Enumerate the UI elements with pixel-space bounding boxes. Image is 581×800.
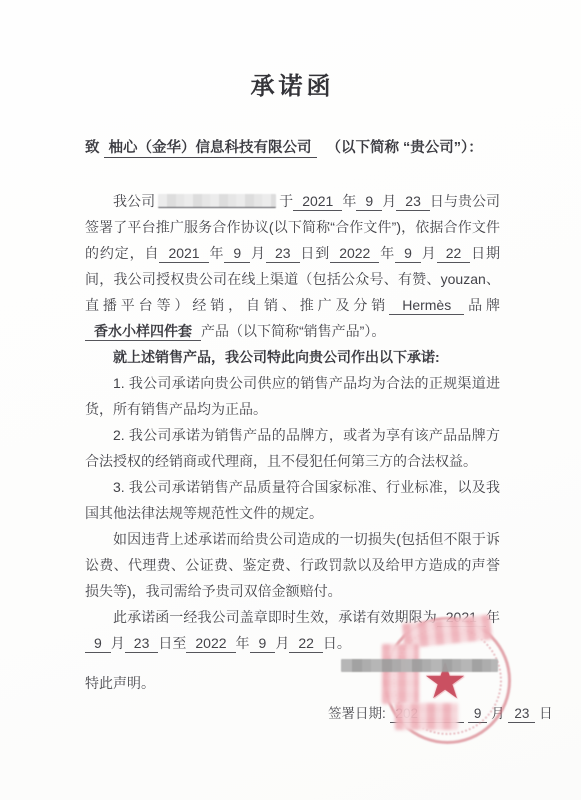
document-page: 承诺函 致柚心（金华）信息科技有限公司（以下简称 “贵公司”）： 我公司于202… [0, 0, 581, 800]
fill-in-value: 2021 [293, 193, 342, 211]
text-segment: 年 [342, 193, 356, 209]
text-segment: 日至 [158, 635, 186, 651]
signature-year-value: 202 [396, 706, 419, 721]
text-segment: 3. 我公司承诺销售产品质量符合国家标准、行业标准，以及我国其他法律法规等规范性… [85, 479, 500, 521]
text-segment: 日到 [300, 245, 331, 261]
text-segment: 月 [382, 193, 396, 209]
text-segment: 品牌 [464, 297, 500, 313]
redacted-company-name [158, 194, 276, 208]
fill-in-value: 22 [289, 635, 323, 653]
signature-year-fill: 202 [390, 706, 465, 723]
paragraph-declaration: 特此声明。 [85, 670, 500, 696]
text-segment: 2. 我公司承诺为销售产品的品牌方，或者为享有该产品品牌方合法授权的经销商或代理… [85, 427, 500, 469]
text-segment: 我公司 [113, 193, 155, 209]
text-segment: 1. 我公司承诺向贵公司供应的销售产品均为合法的正规渠道进货，所有销售产品均为正… [85, 375, 500, 417]
text-segment: 年 [379, 245, 395, 261]
redacted-date-text [421, 708, 455, 720]
fill-in-value: 23 [266, 245, 300, 263]
paragraph-item-3: 3. 我公司承诺销售产品质量符合国家标准、行业标准，以及我国其他法律法规等规范性… [85, 474, 500, 526]
paragraph-validity: 此承诺函一经我公司盖章即时生效，承诺有效期限为2021年9月23日至2022年9… [85, 604, 500, 656]
text-segment: 如因违背上述承诺而给贵公司造成的一切损失(包括但不限于诉讼费、代理费、公证费、鉴… [85, 531, 500, 599]
bold-text: 就上述销售产品，我公司特此向贵公司作出以下承诺: [113, 349, 440, 365]
paragraph-item-2: 2. 我公司承诺为销售产品的品牌方，或者为享有该产品品牌方合法授权的经销商或代理… [85, 422, 500, 474]
text-segment: 年 [486, 609, 500, 625]
fill-in-value: 2021 [437, 609, 486, 627]
fill-in-value: 23 [396, 193, 430, 211]
signature-day-unit: 日 [539, 706, 553, 721]
fill-in-value: 2022 [330, 245, 379, 263]
paragraph-commitment-lead: 就上述销售产品，我公司特此向贵公司作出以下承诺: [85, 344, 500, 370]
fill-in-value: 9 [395, 245, 421, 263]
signature-date-label: 签署日期: [328, 706, 386, 721]
text-segment: 特此声明。 [85, 675, 155, 691]
fill-in-value: 9 [250, 635, 276, 653]
text-segment: 日。 [323, 635, 351, 651]
salutation-line: 致柚心（金华）信息科技有限公司（以下简称 “贵公司”）： [85, 137, 500, 159]
signature-month-unit: 月 [491, 706, 505, 721]
recipient-company-name: 柚心（金华）信息科技有限公司 [104, 140, 317, 158]
fill-in-value: 22 [437, 245, 471, 263]
signature-day-value: 23 [508, 706, 535, 723]
salutation-prefix: 致 [85, 140, 100, 156]
text-segment: 年 [209, 245, 225, 261]
text-segment: 月 [421, 245, 437, 261]
salutation-suffix: （以下简称 “贵公司”）： [327, 140, 483, 156]
text-segment: 月 [275, 635, 289, 651]
fill-in-value: 23 [125, 635, 159, 653]
fill-in-value: 2022 [186, 635, 235, 653]
signature-date-line: 签署日期: 202 9 月 23 日 [328, 702, 553, 722]
redacted-company-name-bar [341, 659, 498, 672]
text-segment: 月 [250, 245, 266, 261]
page-title: 承诺函 [85, 72, 500, 102]
fill-in-value: Hermès [389, 297, 464, 315]
paragraph-item-1: 1. 我公司承诺向贵公司供应的销售产品均为合法的正规渠道进货，所有销售产品均为正… [85, 370, 500, 422]
document-content: 承诺函 致柚心（金华）信息科技有限公司（以下简称 “贵公司”）： 我公司于202… [85, 72, 500, 696]
text-segment: 年 [236, 635, 250, 651]
fill-in-value: 9 [356, 193, 382, 211]
text-segment: 月 [111, 635, 125, 651]
fill-in-value: 香水小样四件套 [85, 323, 201, 341]
fill-in-value: 9 [224, 245, 250, 263]
text-segment: 此承诺函一经我公司盖章即时生效，承诺有效期限为 [113, 609, 437, 625]
fill-in-value: 9 [85, 635, 111, 653]
fill-in-value: 2021 [159, 245, 208, 263]
paragraph-intro: 我公司于2021年9月23日与贵公司签署了平台推广服务合作协议(以下简称“合作文… [85, 188, 500, 344]
text-segment: 产品（以下简称“销售产品”）。 [201, 323, 385, 339]
text-segment: 于 [279, 193, 293, 209]
paragraph-liability: 如因违背上述承诺而给贵公司造成的一切损失(包括但不限于诉讼费、代理费、公证费、鉴… [85, 526, 500, 604]
signature-month-value: 9 [468, 706, 488, 723]
